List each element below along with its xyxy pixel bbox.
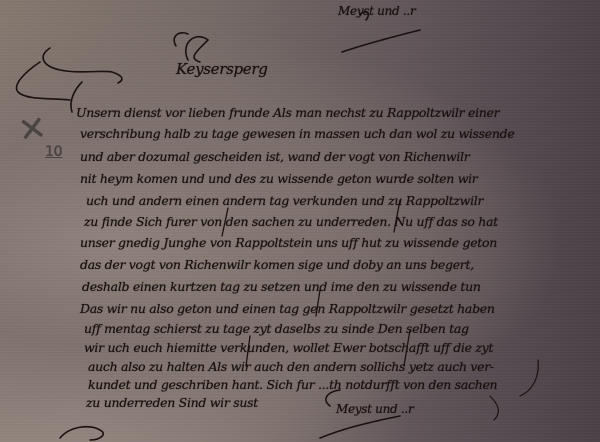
header-note: Meyst und ..r bbox=[338, 4, 415, 18]
body-line: Unsern dienst vor lieben frunde Als man … bbox=[76, 106, 499, 120]
body-line: deshalb einen kurtzen tag zu setzen und … bbox=[82, 280, 481, 294]
body-line: kundet und geschriben hant. Sich fur ...… bbox=[88, 378, 497, 392]
body-line: wir uch euch hiemitte verkunden, wollet … bbox=[84, 341, 493, 355]
folio-number: 10 bbox=[45, 144, 62, 160]
manuscript-page: × 10 Meyst und ..r Keysersperg Unsern di… bbox=[0, 0, 600, 442]
body-line: unser gnedig Junghe von Rappoltstein uns… bbox=[80, 236, 497, 250]
closing-signature: Meyst und ..r bbox=[336, 402, 413, 416]
addressee: Keysersperg bbox=[176, 60, 268, 78]
body-line: Das wir nu also geton und einen tag gen … bbox=[80, 302, 495, 316]
margin-cross-mark: × bbox=[15, 106, 48, 150]
body-line: uch und andern einen andern tag verkunde… bbox=[86, 194, 483, 208]
body-line: uff mentag schierst zu tage zyt daselbs … bbox=[84, 322, 469, 336]
body-line: zu finde Sich furer von den sachen zu un… bbox=[84, 215, 498, 229]
body-line: auch also zu halten Als wir auch den and… bbox=[88, 360, 494, 374]
body-line: das der vogt von Richenwilr komen sige u… bbox=[80, 258, 474, 272]
body-line: und aber dozumal gescheiden ist, wand de… bbox=[80, 150, 469, 164]
body-line: verschribung halb zu tage gewesen in mas… bbox=[80, 127, 514, 141]
body-line: zu underreden Sind wir sust bbox=[86, 396, 258, 410]
body-line: nit heym komen und und des zu wissende g… bbox=[80, 172, 477, 186]
